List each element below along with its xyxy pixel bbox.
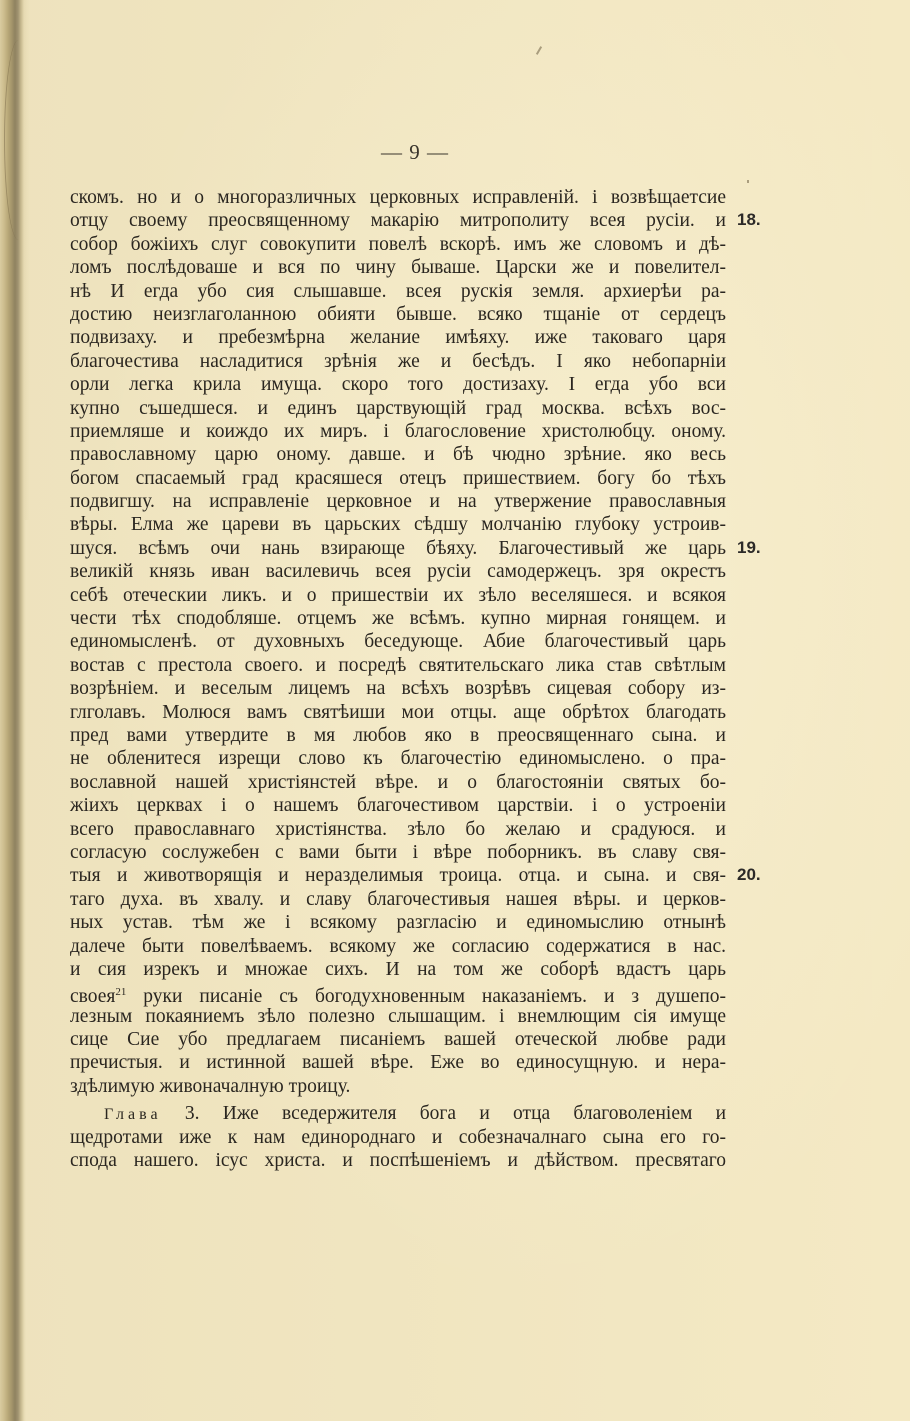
text-line: щедротами иже к нам единороднаго и собез… [70,1126,726,1149]
chapter-heading-line: Глава 3. Иже вседержителя бога и отца бл… [70,1102,726,1125]
text-line: благочестива насладитися зрѣнія же и бес… [70,350,726,373]
text-line: согласую сослужебен с вами быти і вѣре п… [70,841,726,864]
text-line: ных устав. тѣм же і всякому разгласію и … [70,911,726,934]
text-line: востав с престола своего. и посредѣ свят… [70,654,726,677]
text-line: единомысленѣ. от духовныхъ беседующе. Аб… [70,630,726,653]
margin-number: 20. [737,865,761,885]
text-line: великій князь иван василевичь всея русіи… [70,560,726,583]
text-line: орли легка крила имуща. скоро того дости… [70,373,726,396]
text-line: таго духа. въ хвалу. и славу благочестив… [70,888,726,911]
text-fragment: Иже вседержителя бога и отца благоволені… [223,1103,726,1124]
text-line: здѣлимую живоначалную троицу. [70,1075,726,1098]
text-line: приемляше и коиждо их миръ. і благослове… [70,420,726,443]
paper-speck [536,46,542,55]
text-line: богом спасаемый град красяшеся отецъ при… [70,467,726,490]
chapter-number: 3. [185,1103,200,1124]
text-line: подвизаху. и пребезмѣрна желание имѣяху.… [70,326,726,349]
text-line: нѣ И егда убо сия слышавше. всея рускія … [70,280,726,303]
text-line: тыя и животворящія и неразделимыя троица… [70,864,726,887]
text-line: подвигшу. на исправленіе церковное и на … [70,490,726,513]
text-line: возрѣніем. и веселым лицемъ на всѣхъ воз… [70,677,726,700]
text-line: скомъ. но и о многоразличных церковных и… [70,186,726,209]
text-line: отцу своему преосвященному макарію митро… [70,209,726,232]
text-line: всего православнаго христіянства. зѣло б… [70,818,726,841]
text-line: чести тѣх сподобляше. отцемъ же всѣмъ. к… [70,607,726,630]
page-number: — 9 — [0,140,830,165]
text-line: далече быти повелѣваемъ. всякому же согл… [70,935,726,958]
text-line: достию неизглаголанною обияти бывше. вся… [70,303,726,326]
text-line: себѣ отеческии ликъ. и о пришествіи их з… [70,584,726,607]
text-line: ломъ послѣдоваше и вся по чину бываше. Ц… [70,256,726,279]
text-line: пред вами утвердите в мя любов яко в пре… [70,724,726,747]
text-line: собор божіихъ слуг совокупити повелѣ вск… [70,233,726,256]
body-text: скомъ. но и о многоразличных церковных и… [70,186,726,1172]
text-line: лезным покаяниемъ зѣло полезно слышащим.… [70,1005,726,1028]
text-line-with-footnote: своея21 руки писаніе съ богодухновенным … [70,981,726,1004]
text-line: купно съшедшеся. и единъ царствующій гра… [70,397,726,420]
text-line: вѣры. Елма же цареви въ царьских сѣдшу м… [70,513,726,536]
paper-speck [747,180,749,183]
text-line: глголавъ. Молюся вамъ святѣиши мои отцы.… [70,701,726,724]
text-line: спода нашего. ісус христа. и поспѣшеніем… [70,1149,726,1172]
chapter-heading: Глава [104,1106,162,1123]
text-line: сице Сие убо предлагаем писаніемъ вашей … [70,1028,726,1051]
text-line: и сия изрекъ и множае сихъ. И на том же … [70,958,726,981]
text-line: не обленитеся изрещи слово къ благочесті… [70,747,726,770]
text-line: жіихъ церквах і о нашемъ благочестивом ц… [70,794,726,817]
text-line: православному царю оному. давше. и бѣ чю… [70,443,726,466]
margin-number: 18. [737,210,761,230]
footnote-reference[interactable]: 21 [115,986,126,998]
margin-number: 19. [737,538,761,558]
text-line: шуся. всѣмъ очи нань взирающе бѣяху. Бла… [70,537,726,560]
text-line: пречистыя. и истинной вашей вѣре. Еже во… [70,1051,726,1074]
text-line: вославной нашей христіянстей вѣре. и о б… [70,771,726,794]
